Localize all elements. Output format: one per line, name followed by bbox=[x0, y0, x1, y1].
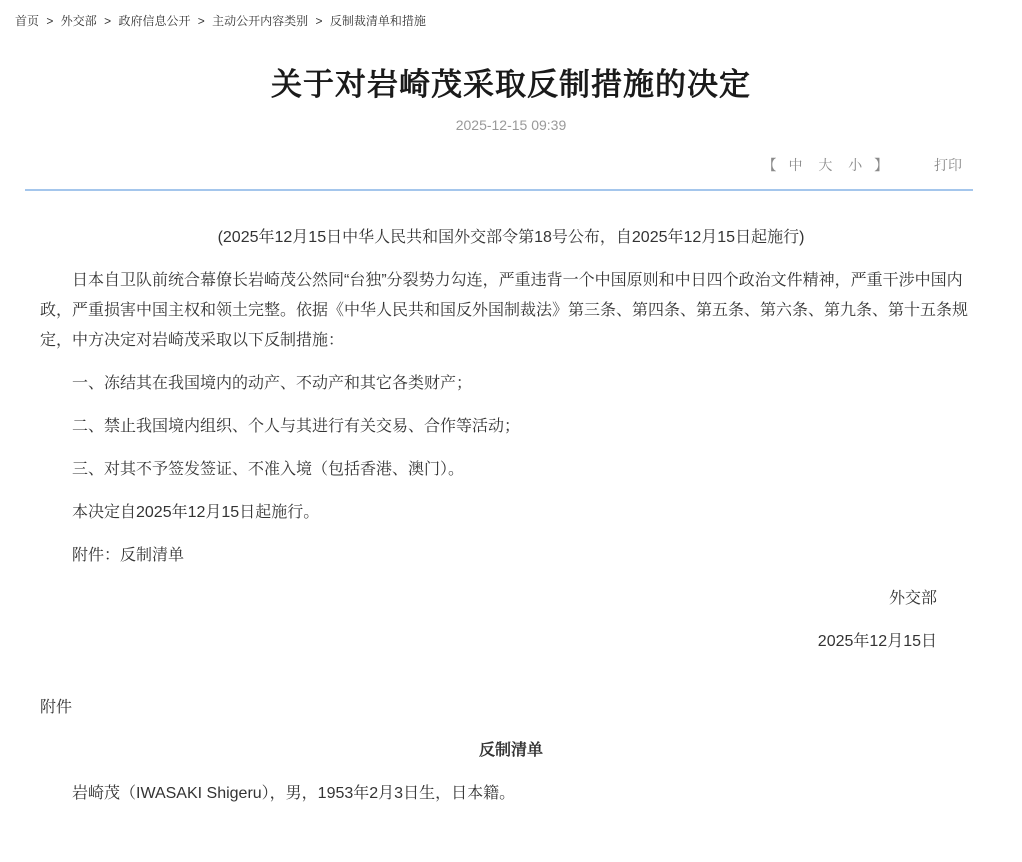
print-button[interactable]: 打印 bbox=[934, 155, 962, 175]
signature-org: 外交部 bbox=[40, 584, 982, 614]
measure-item-3: 三、对其不予签发签证、不准入境（包括香港、澳门）。 bbox=[40, 455, 982, 485]
appendix-title: 反制清单 bbox=[40, 736, 982, 766]
font-size-large-button[interactable]: 大 bbox=[818, 157, 832, 173]
page-title: 关于对岩崎茂采取反制措施的决定 bbox=[65, 66, 957, 103]
appendix-label: 附件 bbox=[40, 693, 982, 723]
breadcrumb-separator: > bbox=[104, 14, 111, 28]
breadcrumb-home[interactable]: 首页 bbox=[15, 14, 39, 28]
signature-date: 2025年12月15日 bbox=[40, 627, 982, 657]
breadcrumb-mfa[interactable]: 外交部 bbox=[61, 14, 97, 28]
measure-item-2: 二、禁止我国境内组织、个人与其进行有关交易、合作等活动； bbox=[40, 412, 982, 442]
appendix-entry: 岩崎茂（IWASAKI Shigeru），男，1953年2月3日生，日本籍。 bbox=[40, 779, 982, 809]
publish-datetime: 2025-12-15 09:39 bbox=[25, 117, 997, 133]
breadcrumb: 首页 > 外交部 > 政府信息公开 > 主动公开内容类别 > 反制裁清单和措施 bbox=[15, 10, 997, 29]
attachment-line: 附件：反制清单 bbox=[40, 541, 982, 571]
font-size-control: 【 中 大 小 】 bbox=[761, 157, 894, 173]
breadcrumb-separator: > bbox=[46, 14, 53, 28]
effective-line: 本决定自2025年12月15日起施行。 bbox=[40, 498, 982, 528]
toolbar: 【 中 大 小 】 打印 bbox=[25, 155, 997, 175]
breadcrumb-sanctions-list[interactable]: 反制裁清单和措施 bbox=[330, 14, 426, 28]
intro-paragraph: 日本自卫队前统合幕僚长岩崎茂公然同“台独”分裂势力勾连，严重违背一个中国原则和中… bbox=[40, 266, 982, 356]
breadcrumb-disclosure-category[interactable]: 主动公开内容类别 bbox=[212, 14, 308, 28]
bracket-close: 】 bbox=[874, 157, 888, 173]
decree-line: (2025年12月15日中华人民共和国外交部令第18号公布，自2025年12月1… bbox=[40, 223, 982, 253]
article-body: (2025年12月15日中华人民共和国外交部令第18号公布，自2025年12月1… bbox=[25, 223, 997, 809]
bracket-open: 【 bbox=[763, 157, 777, 173]
measure-item-1: 一、冻结其在我国境内的动产、不动产和其它各类财产； bbox=[40, 369, 982, 399]
breadcrumb-separator: > bbox=[316, 14, 323, 28]
breadcrumb-gov-info[interactable]: 政府信息公开 bbox=[118, 14, 190, 28]
font-size-medium-button[interactable]: 中 bbox=[788, 157, 802, 173]
article-page: 首页 > 外交部 > 政府信息公开 > 主动公开内容类别 > 反制裁清单和措施 … bbox=[0, 0, 1022, 862]
font-size-small-button[interactable]: 小 bbox=[848, 157, 862, 173]
header-divider bbox=[25, 189, 973, 191]
breadcrumb-separator: > bbox=[198, 14, 205, 28]
